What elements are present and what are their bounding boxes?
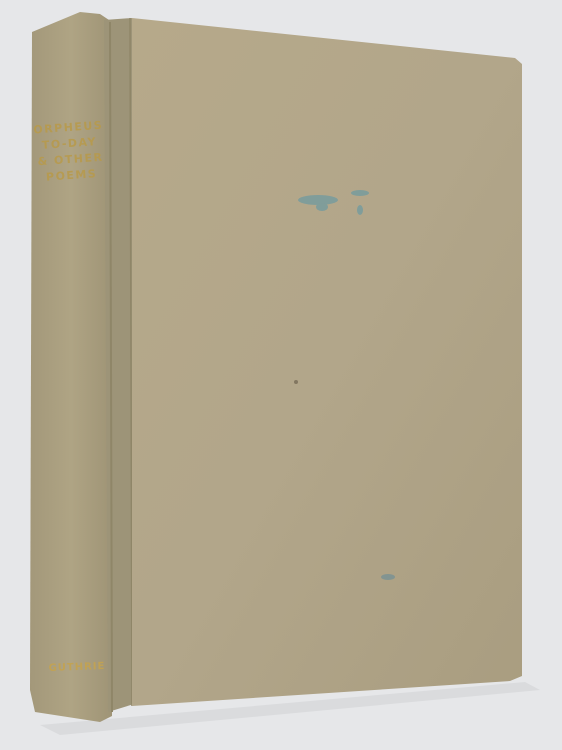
hinge: [104, 18, 134, 712]
ink-mark-lower: [381, 574, 395, 580]
book-photo: ORPHEUS TO-DAY & OTHER POEMS GUTHRIE: [0, 0, 562, 750]
spine-author: GUTHRIE: [44, 661, 110, 674]
book-illustration: [0, 0, 562, 750]
front-cover: [132, 18, 522, 706]
spine-title: ORPHEUS TO-DAY & OTHER POEMS: [32, 118, 108, 187]
